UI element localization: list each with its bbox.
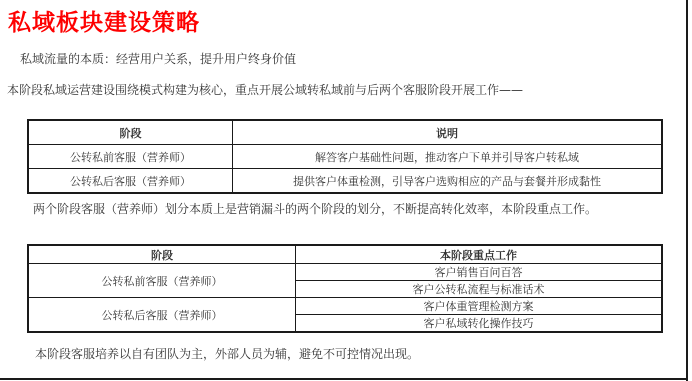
table2-stage-pre: 公转私前客服（营养师） (28, 264, 296, 298)
paragraph-funnel-note: 两个阶段客服（营养师）划分本质上是营销漏斗的两个阶段的划分，不断提高转化效率，本… (33, 201, 597, 217)
key-work-table: 阶段 本阶段重点工作 公转私前客服（营养师） 客户销售百问百答 客户公转私流程与… (27, 244, 663, 333)
table2-item-pre-1: 客户销售百问百答 (296, 264, 663, 281)
table1-desc-post: 提供客户体重检测，引导客户选购相应的产品与套餐并形成黏性 (233, 169, 663, 194)
document-page: 私域板块建设策略 私域流量的本质：经营用户关系，提升用户终身价值 本阶段私域运营… (0, 0, 692, 381)
table1-header-description: 说明 (233, 120, 663, 145)
paragraph-team-note: 本阶段客服培养以自有团队为主，外部人员为辅，避免不可控情况出现。 (35, 346, 419, 362)
paragraph-stage-intro: 本阶段私域运营建设围绕模式构建为核心，重点开展公域转私域前与后两个客服阶段开展工… (7, 82, 523, 98)
table-header-row: 阶段 本阶段重点工作 (28, 245, 662, 264)
table2-item-post-2: 客户私域转化操作技巧 (296, 315, 663, 333)
table2-stage-post: 公转私后客服（营养师） (28, 298, 296, 333)
stage-description-table: 阶段 说明 公转私前客服（营养师） 解答客户基础性问题，推动客户下单并引导客户转… (27, 119, 663, 194)
table2-header-stage: 阶段 (28, 245, 296, 264)
table-row: 公转私后客服（营养师） 提供客户体重检测，引导客户选购相应的产品与套餐并形成黏性 (28, 169, 662, 194)
paragraph-essence: 私域流量的本质：经营用户关系，提升用户终身价值 (20, 51, 296, 67)
table1-stage-post: 公转私后客服（营养师） (28, 169, 233, 194)
table-row: 公转私后客服（营养师） 客户体重管理检测方案 (28, 298, 662, 315)
table1-desc-pre: 解答客户基础性问题，推动客户下单并引导客户转私域 (233, 145, 663, 169)
table-row: 公转私前客服（营养师） 客户销售百问百答 (28, 264, 662, 281)
page-title: 私域板块建设策略 (8, 4, 200, 37)
page-boundary-right (686, 0, 688, 381)
page-boundary-bottom (0, 378, 688, 380)
table2-item-pre-2: 客户公转私流程与标准话术 (296, 281, 663, 298)
table2-header-keywork: 本阶段重点工作 (296, 245, 663, 264)
table2-item-post-1: 客户体重管理检测方案 (296, 298, 663, 315)
table1-stage-pre: 公转私前客服（营养师） (28, 145, 233, 169)
table-row: 公转私前客服（营养师） 解答客户基础性问题，推动客户下单并引导客户转私域 (28, 145, 662, 169)
table1-header-stage: 阶段 (28, 120, 233, 145)
table-header-row: 阶段 说明 (28, 120, 662, 145)
